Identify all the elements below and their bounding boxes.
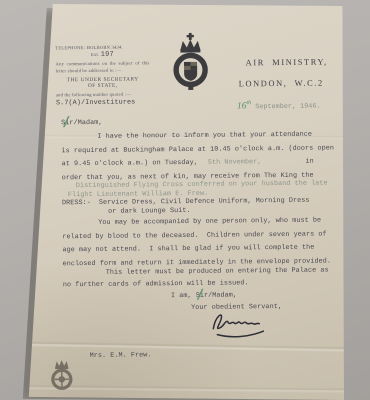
dress-text: Service Dress, Civil Defence Uniform, Mo…: [99, 197, 310, 207]
extension-line: Ext. 197: [55, 52, 149, 59]
body-line: at 9.45 o'clock a.m.) on Tuesday,5th Nov…: [62, 158, 314, 169]
dress-label: DRESS:-: [62, 199, 91, 207]
letterhead-smallprint: TELEPHONE: HOLBORN 3434. Ext. 197 Any co…: [55, 44, 150, 107]
body-segment: at 9.45 o'clock a.m.) on Tuesday,: [62, 159, 198, 168]
body-segment-inserted-date: 5th November,: [208, 158, 262, 167]
body-line: I have the honour to inform you that you…: [97, 131, 312, 141]
valediction-line1: I am, Sir/Madam,: [171, 291, 237, 300]
number-note: and the following number quoted :—: [56, 92, 134, 99]
body-segment: in: [305, 158, 313, 166]
body-line: This letter must be produced on entering…: [106, 266, 329, 276]
date-line: 16th September, 1946.: [205, 77, 321, 132]
ministry-line1: AIR MINISTRY,: [246, 57, 328, 67]
date-typed: September, 1946.: [251, 103, 320, 112]
salutation: Sir/Madam,: [61, 119, 102, 127]
body-line: is required at Buckingham Palace at 10.4…: [61, 144, 334, 155]
body-line: related by blood to the deceased. Childr…: [62, 230, 326, 241]
addressee: Mrs. E.M. Frew.: [90, 351, 152, 360]
letter-content: TELEPHONE: HOLBORN 3434. Ext. 197 Any co…: [22, 2, 346, 400]
date-day-handwritten: 16th: [237, 101, 251, 111]
body-line: You may be accompanied by one person onl…: [98, 217, 321, 227]
body-line: no further cards of admission will be is…: [63, 279, 249, 289]
under-secretary-line2: OF STATE,: [56, 82, 150, 89]
letter-photo: TELEPHONE: HOLBORN 3434. Ext. 197 Any co…: [0, 0, 370, 400]
dress-line2: or dark Lounge Suit.: [108, 206, 191, 215]
reference-number: S.7(A)/Investitures: [56, 100, 150, 107]
body-line: age may not attend. I shall be glad if y…: [62, 244, 314, 255]
extension-label: Ext.: [91, 52, 101, 57]
handwritten-signature-icon: [205, 307, 271, 347]
fold-crease: [25, 337, 345, 355]
extension-number: 197: [101, 51, 114, 59]
embossed-crown-stamp-icon: [49, 355, 75, 396]
communications-note: Any communications on the subject of thi…: [56, 61, 150, 74]
letter-paper: TELEPHONE: HOLBORN 3434. Ext. 197 Any co…: [24, 4, 344, 400]
